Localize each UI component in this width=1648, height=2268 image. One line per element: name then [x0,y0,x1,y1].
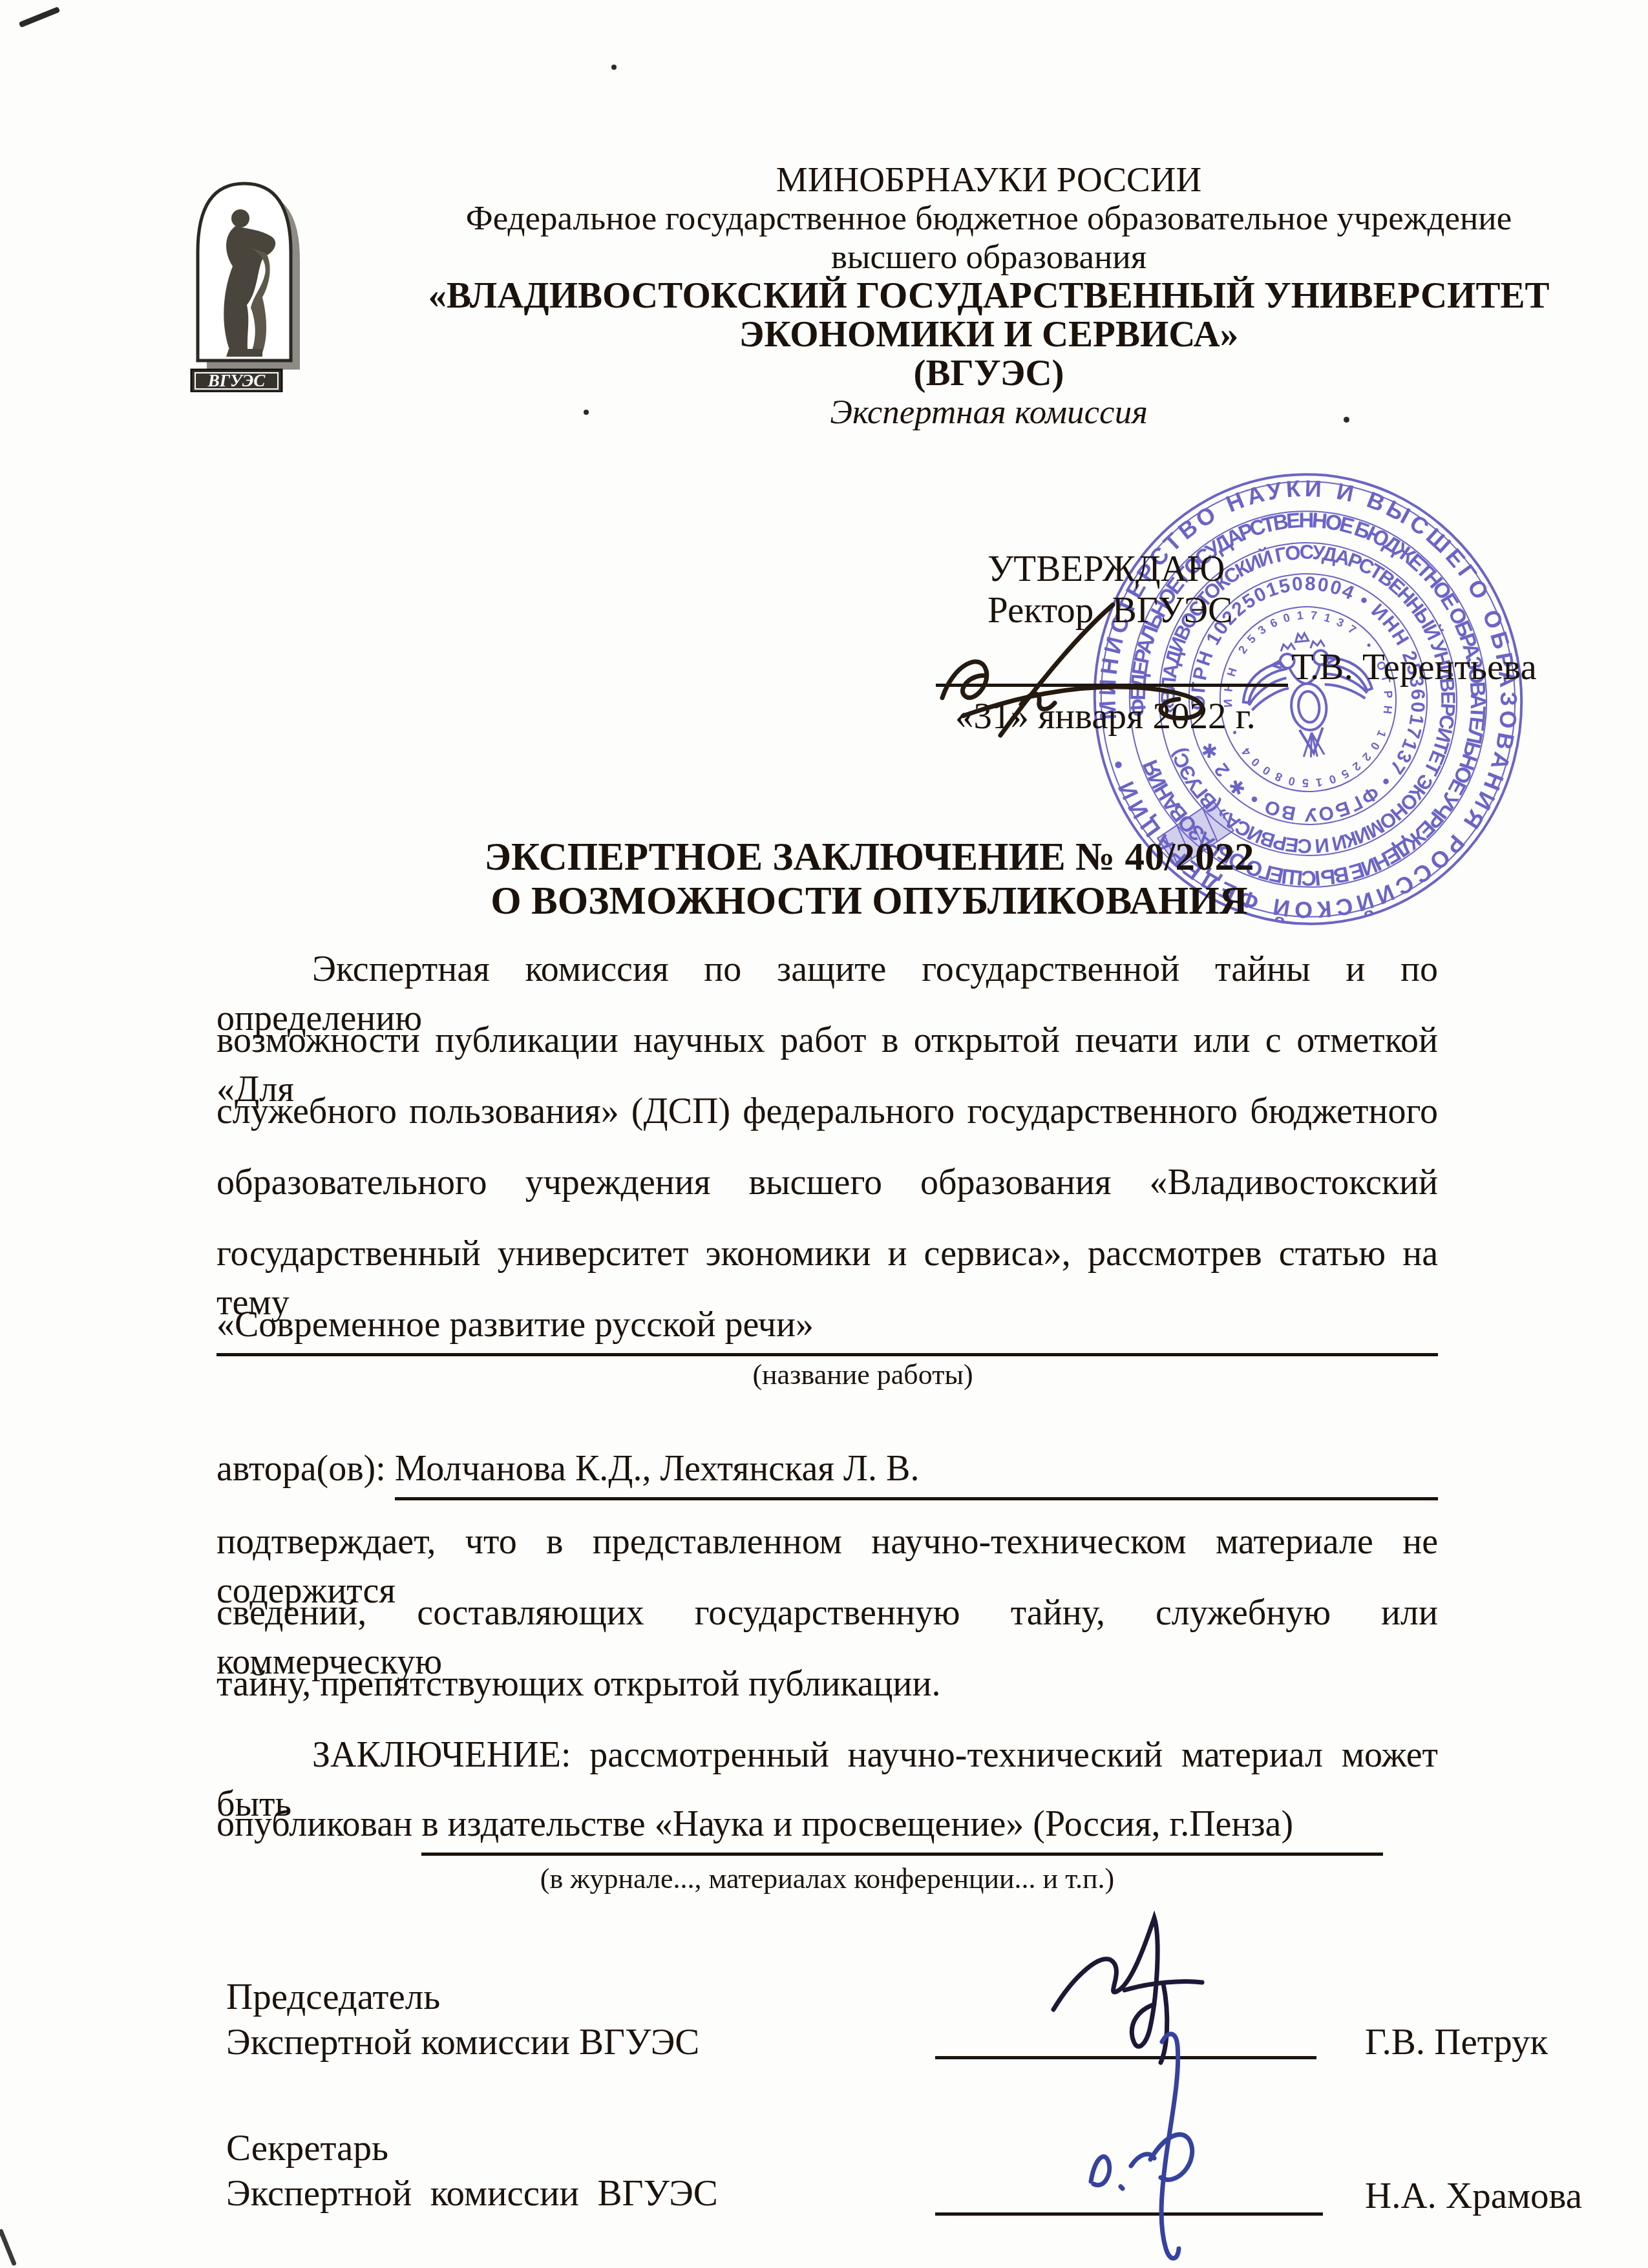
doc-title-line1: ЭКСПЕРТНОЕ ЗАКЛЮЧЕНИЕ № 40/2022 [259,835,1480,880]
secretary-name: Н.А. Храмова [1365,2175,1582,2217]
header-univ-line2: ЭКОНОМИКИ И СЕРВИСА» [365,315,1612,354]
header-abbr: (ВГУЭС) [365,354,1612,393]
header-org-line2: высшего образования [365,238,1612,277]
scan-speck-2 [584,410,589,415]
publication-value: в издательстве «Наука и просвещение» (Ро… [421,1801,1383,1856]
approve-label: УТВЕРЖДАЮ [988,548,1225,590]
header-org-line1: Федеральное государственное бюджетное об… [365,199,1612,238]
publication-caption: (в журнале..., материалах конференции...… [217,1862,1438,1896]
work-title: «Современное развитие русской речи» [217,1305,814,1345]
secretary-signature [1053,2022,1260,2267]
chairman-role-line2: Экспертной комиссии ВГУЭС [226,2021,699,2063]
work-title-caption: (название работы) [252,1358,1474,1392]
authors-names: Молчанова К.Д., Лехтянская Л. В. [395,1446,1438,1500]
secretary-role-line1: Секретарь [226,2127,388,2169]
secretary-role-line2: Экспертной комиссии ВГУЭС [226,2172,718,2214]
doc-title-line2: О ВОЗМОЖНОСТИ ОПУБЛИКОВАНИЯ [259,879,1480,924]
chairman-role-line1: Председатель [226,1976,440,2018]
header-ministry: МИНОБРНАУКИ РОССИИ [365,160,1612,199]
rector-name: Т.В. Терентьева [1291,646,1537,688]
work-title-underline: «Современное развитие русской речи» [217,1300,1438,1356]
university-logo: ВГУЭС [186,169,302,392]
scan-artifact-bottom-left [0,2229,17,2266]
document-page: ВГУЭС МИНОБРНАУКИ РОССИИ Федеральное гос… [0,0,1648,2268]
logo-caption-box: ВГУЭС [191,370,282,392]
letterhead: МИНОБРНАУКИ РОССИИ Федеральное государст… [365,160,1612,432]
para1-line-3: служебного пользования» (ДСП) федерально… [217,1087,1438,1136]
header-committee: Экспертная комиссия [365,393,1612,432]
scan-speck-3 [1344,417,1349,423]
authors-label: автора(ов): [217,1446,395,1500]
para1-line-4: образовательного учреждения высшего обра… [217,1158,1438,1207]
header-univ-line1: «ВЛАДИВОСТОКСКИЙ ГОСУДАРСТВЕННЫЙ УНИВЕРС… [365,277,1612,315]
para2-line-3: тайну, препятствующих открытой публикаци… [217,1659,1438,1708]
logo-emblem-arch: ВГУЭС [186,169,302,392]
scan-speck-1 [611,65,617,70]
logo-caption: ВГУЭС [207,371,266,390]
scan-artifact-top-left [19,6,61,28]
publication-label: опубликован [217,1801,421,1856]
chairman-name: Г.В. Петрук [1365,2021,1548,2063]
publication-line: опубликован в издательстве «Наука и прос… [217,1801,1438,1856]
authors-line: автора(ов): Молчанова К.Д., Лехтянская Л… [217,1446,1438,1500]
rector-signature [924,601,1312,743]
